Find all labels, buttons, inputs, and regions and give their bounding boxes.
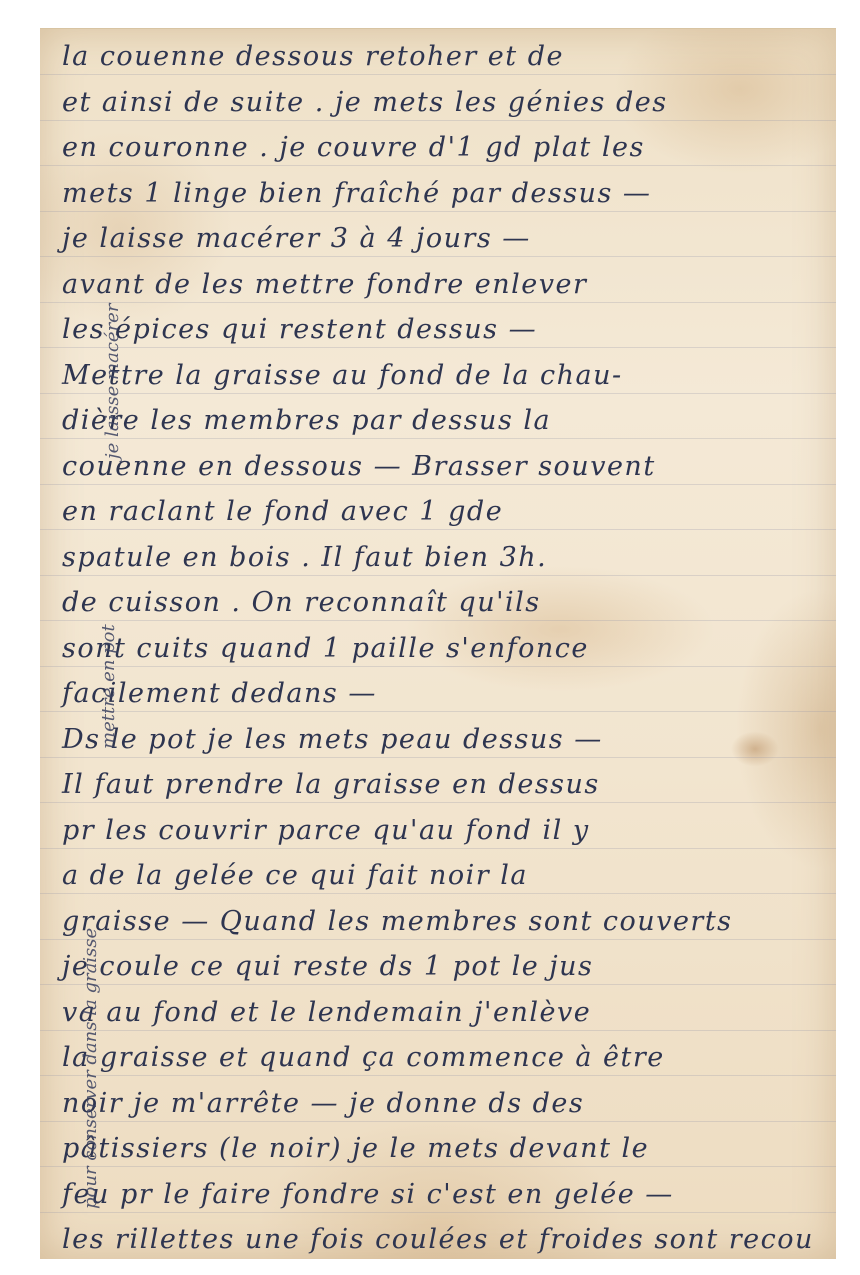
margin-note: je laisse macérer xyxy=(102,304,123,459)
ruled-line xyxy=(40,484,836,485)
ruled-line xyxy=(40,984,836,985)
handwritten-line: pâtissiers (le noir) je le mets devant l… xyxy=(62,1133,649,1164)
handwritten-line: et ainsi de suite . je mets les génies d… xyxy=(62,87,668,118)
letter-page: la couenne dessous retoher et de et ains… xyxy=(40,28,836,1259)
ruled-line xyxy=(40,848,836,849)
handwritten-line: en couronne . je couvre d'1 gd plat les xyxy=(62,132,645,163)
handwritten-line: dière les membres par dessus la xyxy=(62,405,551,436)
ruled-line xyxy=(40,1166,836,1167)
ruled-line xyxy=(40,1121,836,1122)
handwritten-line: je coule ce qui reste ds 1 pot le jus xyxy=(62,951,593,982)
ruled-line xyxy=(40,256,836,257)
ruled-line xyxy=(40,120,836,121)
ruled-line xyxy=(40,666,836,667)
ruled-line xyxy=(40,711,836,712)
handwritten-line: en raclant le fond avec 1 gde xyxy=(62,496,503,527)
handwritten-line: spatule en bois . Il faut bien 3h. xyxy=(62,542,547,573)
ruled-line xyxy=(40,347,836,348)
handwritten-line: je laisse macérer 3 à 4 jours — xyxy=(62,223,531,254)
ruled-line xyxy=(40,393,836,394)
handwritten-line: les rillettes une fois coulées et froide… xyxy=(62,1224,814,1255)
handwritten-line: mets 1 linge bien fraîché par dessus — xyxy=(62,178,651,209)
handwritten-line: les épices qui restent dessus — xyxy=(62,314,537,345)
handwritten-line: sont cuits quand 1 paille s'enfonce xyxy=(62,633,589,664)
handwritten-line: Ds le pot je les mets peau dessus — xyxy=(62,724,603,755)
ruled-line xyxy=(40,438,836,439)
ruled-line xyxy=(40,893,836,894)
handwritten-line: pr les couvrir parce qu'au fond il y xyxy=(62,815,590,846)
margin-note: mettre en pot xyxy=(98,624,119,749)
margin-note: pour conserver dans la graisse xyxy=(80,928,101,1209)
handwritten-line: a de la gelée ce qui fait noir la xyxy=(62,860,528,891)
handwritten-line: va au fond et le lendemain j'enlève xyxy=(62,997,591,1028)
ruled-line xyxy=(40,939,836,940)
handwritten-line: la couenne dessous retoher et de xyxy=(62,41,564,72)
handwritten-line: la graisse et quand ça commence à être xyxy=(62,1042,665,1073)
handwritten-line: avant de les mettre fondre enlever xyxy=(62,269,587,300)
ruled-line xyxy=(40,1030,836,1031)
ruled-line xyxy=(40,802,836,803)
ruled-line xyxy=(40,529,836,530)
ruled-line xyxy=(40,1075,836,1076)
ruled-line xyxy=(40,74,836,75)
ruled-line xyxy=(40,302,836,303)
handwritten-line: feu pr le faire fondre si c'est en gelée… xyxy=(62,1179,674,1210)
handwritten-line: de cuisson . On reconnaît qu'ils xyxy=(62,587,541,618)
ruled-line xyxy=(40,620,836,621)
ruled-line xyxy=(40,575,836,576)
handwritten-line: graisse — Quand les membres sont couvert… xyxy=(62,906,733,937)
ruled-line xyxy=(40,165,836,166)
ruled-line xyxy=(40,757,836,758)
ruled-line xyxy=(40,211,836,212)
handwritten-line: Il faut prendre la graisse en dessus xyxy=(62,769,600,800)
handwritten-line: Mettre la graisse au fond de la chau- xyxy=(62,360,623,391)
handwritten-line: couenne en dessous — Brasser souvent xyxy=(62,451,656,482)
handwritten-line: noir je m'arrête — je donne ds des xyxy=(62,1088,584,1119)
ruled-line xyxy=(40,1212,836,1213)
